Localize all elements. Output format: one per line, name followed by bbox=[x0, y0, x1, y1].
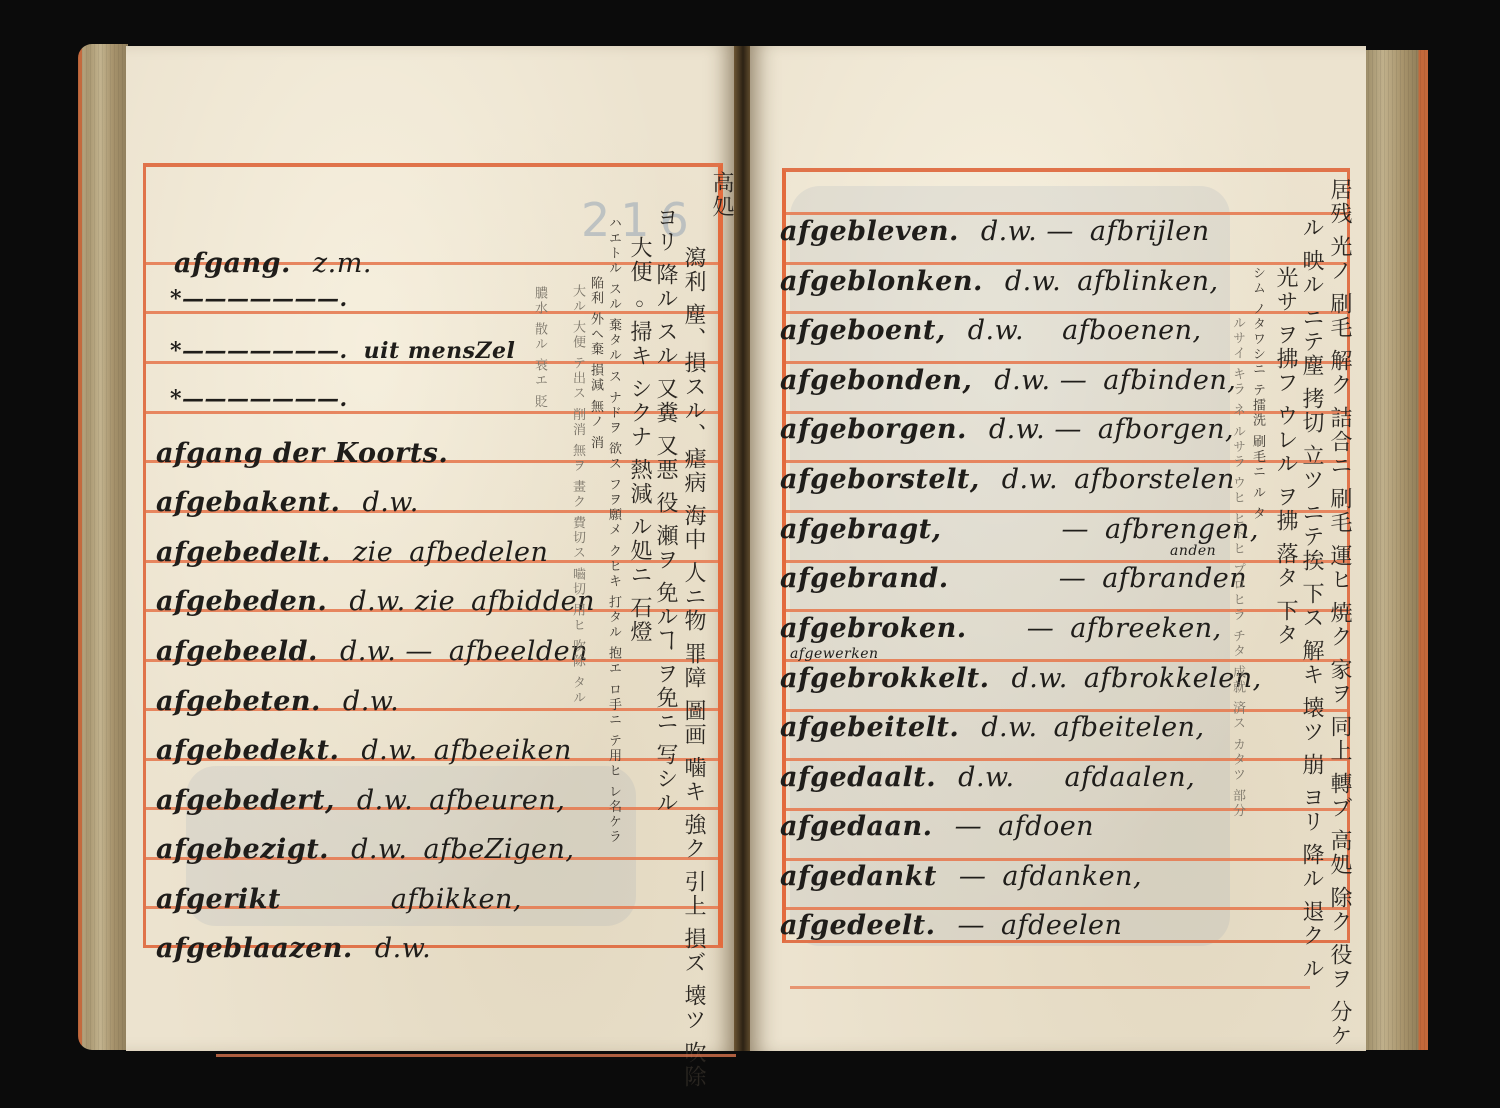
dictionary-entry: afgebeeld.d.w. —afbeelden bbox=[156, 636, 588, 667]
interlinear-note: afgewerken bbox=[790, 646, 879, 662]
japanese-gloss-column: 膿水 散ル 衰エ 貶 bbox=[530, 286, 549, 409]
dictionary-entry: *———————. bbox=[170, 386, 348, 412]
dictionary-entry: afgebedelt.zieafbedelen bbox=[156, 537, 548, 568]
faded-bottom-rule bbox=[790, 986, 1310, 989]
dictionary-entry: afgebonden,d.w. —afbinden, bbox=[780, 365, 1236, 396]
dictionary-entry: afgebezigt.d.w.afbeZigen, bbox=[156, 834, 574, 865]
dictionary-entry: afgebeitelt.d.w.afbeitelen, bbox=[780, 712, 1205, 743]
dictionary-entry: afgang der Koorts. bbox=[156, 438, 448, 469]
japanese-gloss-column: 居残 光ノ 刷毛 解ク 詰合ニ 刷毛 運ヒ 焼ク 家ヲ 同上 轉ブ 高処 除ク … bbox=[1324, 178, 1355, 1048]
japanese-gloss-column: 高処 bbox=[706, 171, 737, 219]
open-book: 216 afgang.z.m. *———————. *———————.ui bbox=[0, 0, 1500, 1108]
japanese-gloss-column: 瀉利 塵、損スル、瘧病 海中 人ニ物 罪障 圖画 噛キ 強ク 引上 損ズ 壊ツ … bbox=[678, 246, 709, 1089]
dictionary-entry: afgedaalt.d.w.afdaalen, bbox=[780, 762, 1195, 793]
left-page: 216 afgang.z.m. *———————. *———————.ui bbox=[126, 46, 736, 1051]
dictionary-entry: afgeboent,d.w.afboenen, bbox=[780, 315, 1202, 346]
dictionary-entry: afgebedert,d.w.afbeuren, bbox=[156, 785, 565, 816]
japanese-gloss-column: 陥利 外ヘ棄 損減 無ノ 消 bbox=[586, 276, 605, 451]
dictionary-entry: afgebrokkelt.d.w.afbrokkelen, bbox=[780, 663, 1262, 694]
right-page: afgebleven.d.w. —afbrijlen afgeblonken.d… bbox=[750, 46, 1366, 1051]
dictionary-entry: afgang.z.m. bbox=[174, 248, 372, 279]
dictionary-entry: *———————. bbox=[170, 286, 348, 312]
dictionary-entry: *———————.uit mensZel bbox=[170, 338, 515, 364]
left-page-block-edge bbox=[78, 44, 128, 1050]
japanese-gloss-column: ルサイ キラ ネ ルサラ ウヒ ヒトヒ プロヒラ チタ 成就 済ス カタツ 部分 bbox=[1228, 316, 1247, 818]
dictionary-entry: afgebroken.—afbreeken, bbox=[780, 613, 1222, 644]
dictionary-entry: afgebrand.—afbranden bbox=[780, 563, 1247, 594]
dictionary-entry: afgebedekt.d.w.afbeeiken bbox=[156, 735, 572, 766]
dictionary-entry: afgeborgen.d.w. —afborgen, bbox=[780, 414, 1234, 445]
dictionary-entry: afgedeelt.—afdeelen bbox=[780, 910, 1122, 941]
dictionary-entry: afgebragt,—afbrengen, bbox=[780, 514, 1259, 545]
dictionary-entry: afgeblonken.d.w.afblinken, bbox=[780, 266, 1219, 297]
dictionary-entry: afgebeden.d.w. zieafbidden bbox=[156, 586, 595, 617]
dictionary-entry: afgedankt—afdanken, bbox=[780, 861, 1142, 892]
dictionary-entry: afgedaan.—afdoen bbox=[780, 811, 1094, 842]
right-page-block-edge bbox=[1364, 50, 1428, 1050]
japanese-gloss-column: シム ノタワシニ テ擂洗 刷毛ニ ル タ bbox=[1248, 266, 1267, 522]
japanese-gloss-column: 光サ ヲ拂フ ウレル ヲ拂 落タ 下タ bbox=[1270, 266, 1301, 647]
japanese-gloss-column: ハエトル スル 棄タル ス ナドヲ 欲ス フヲ願メ クヒキ 打タル 抱エ ロ手ニ… bbox=[604, 216, 623, 845]
dictionary-entry: afgebeten.d.w. bbox=[156, 686, 399, 717]
japanese-gloss-column: 大便 ◦掃キ シクナ 熱減 ル処ニ 石燈 bbox=[624, 236, 655, 644]
dictionary-entry: afgebakent.d.w. bbox=[156, 487, 419, 518]
dictionary-entry: afgebleven.d.w. —afbrijlen bbox=[780, 216, 1210, 247]
dictionary-entry: afgeriktafbikken, bbox=[156, 884, 522, 915]
dictionary-entry: afgeborstelt,d.w.afborstelen bbox=[780, 464, 1235, 495]
japanese-gloss-column: 大ル 大便 テ出ス 削消 無ヲ 畫ク 費切ス 嚙切 用ヒ 吹除 タル bbox=[568, 284, 587, 705]
dictionary-entry: afgeblaazen.d.w. bbox=[156, 933, 431, 964]
inline-correction: anden bbox=[1170, 543, 1216, 559]
faded-bottom-rule bbox=[216, 1054, 736, 1057]
